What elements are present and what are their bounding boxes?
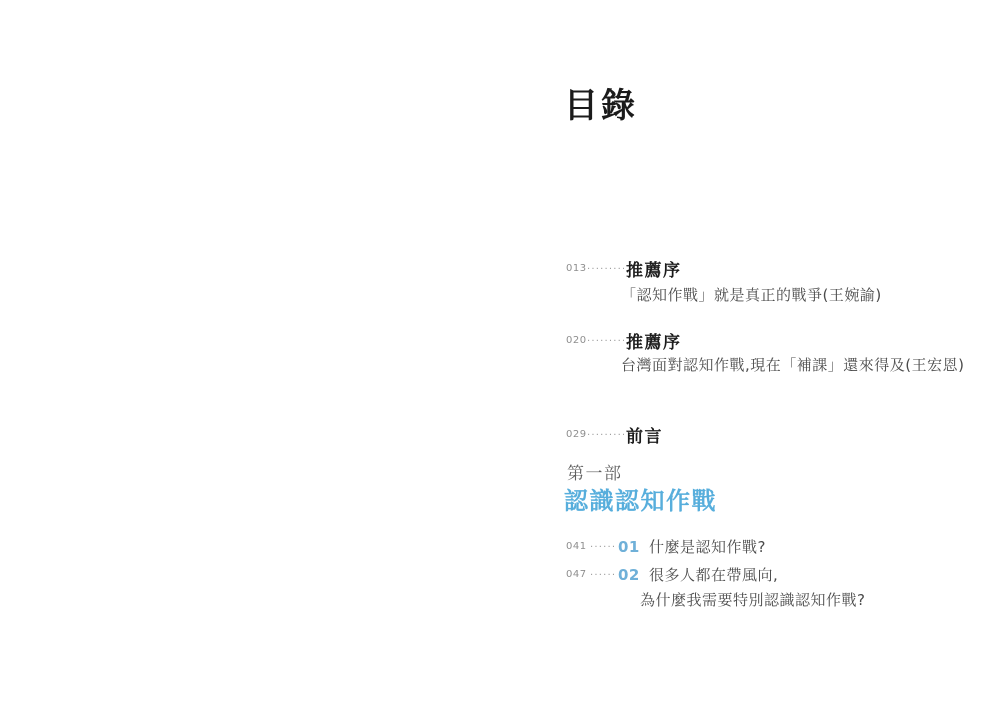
entry-subtitle: 台灣面對認知作戰,現在「補課」還來得及(王宏恩) <box>621 354 964 375</box>
toc-entry-chapter-2: 047 ················· 02 很多人都在帶風向, <box>566 564 778 585</box>
entry-heading: 前言 <box>626 422 663 447</box>
chapter-number: 01 <box>618 538 642 556</box>
page-title: 目錄 <box>564 88 638 125</box>
book-toc-page: 目錄 013 ················· 推薦序 「認知作戰」就是真正的… <box>0 0 1000 709</box>
toc-entry-preface: 029 ················· 前言 <box>566 422 663 447</box>
toc-entry-foreword-1: 013 ················· 推薦序 <box>566 256 682 281</box>
entry-heading: 推薦序 <box>626 328 682 353</box>
leader-dots: ················· <box>587 430 624 441</box>
toc-entry-chapter-1: 041 ················· 01 什麼是認知作戰? <box>566 536 766 557</box>
leader-dots: ················· <box>587 264 624 275</box>
leader-dots: ················· <box>590 542 616 553</box>
part-title: 認識認知作戰 <box>564 481 717 516</box>
chapter-title-line2: 為什麼我需要特別認識認知作戰? <box>640 589 865 610</box>
page-number: 029 <box>566 429 587 440</box>
toc-entry-foreword-2: 020 ················· 推薦序 <box>566 328 682 353</box>
leader-dots: ················· <box>590 570 616 581</box>
leader-dots: ················· <box>587 336 624 347</box>
chapter-title: 什麼是認知作戰? <box>649 536 766 557</box>
entry-subtitle: 「認知作戰」就是真正的戰爭(王婉諭) <box>621 284 882 305</box>
chapter-title-line1: 很多人都在帶風向, <box>649 564 778 585</box>
page-number: 047 <box>566 569 587 580</box>
page-number: 013 <box>566 263 587 274</box>
page-number: 041 <box>566 541 587 552</box>
entry-heading: 推薦序 <box>626 256 682 281</box>
chapter-number: 02 <box>618 566 642 584</box>
page-number: 020 <box>566 335 587 346</box>
